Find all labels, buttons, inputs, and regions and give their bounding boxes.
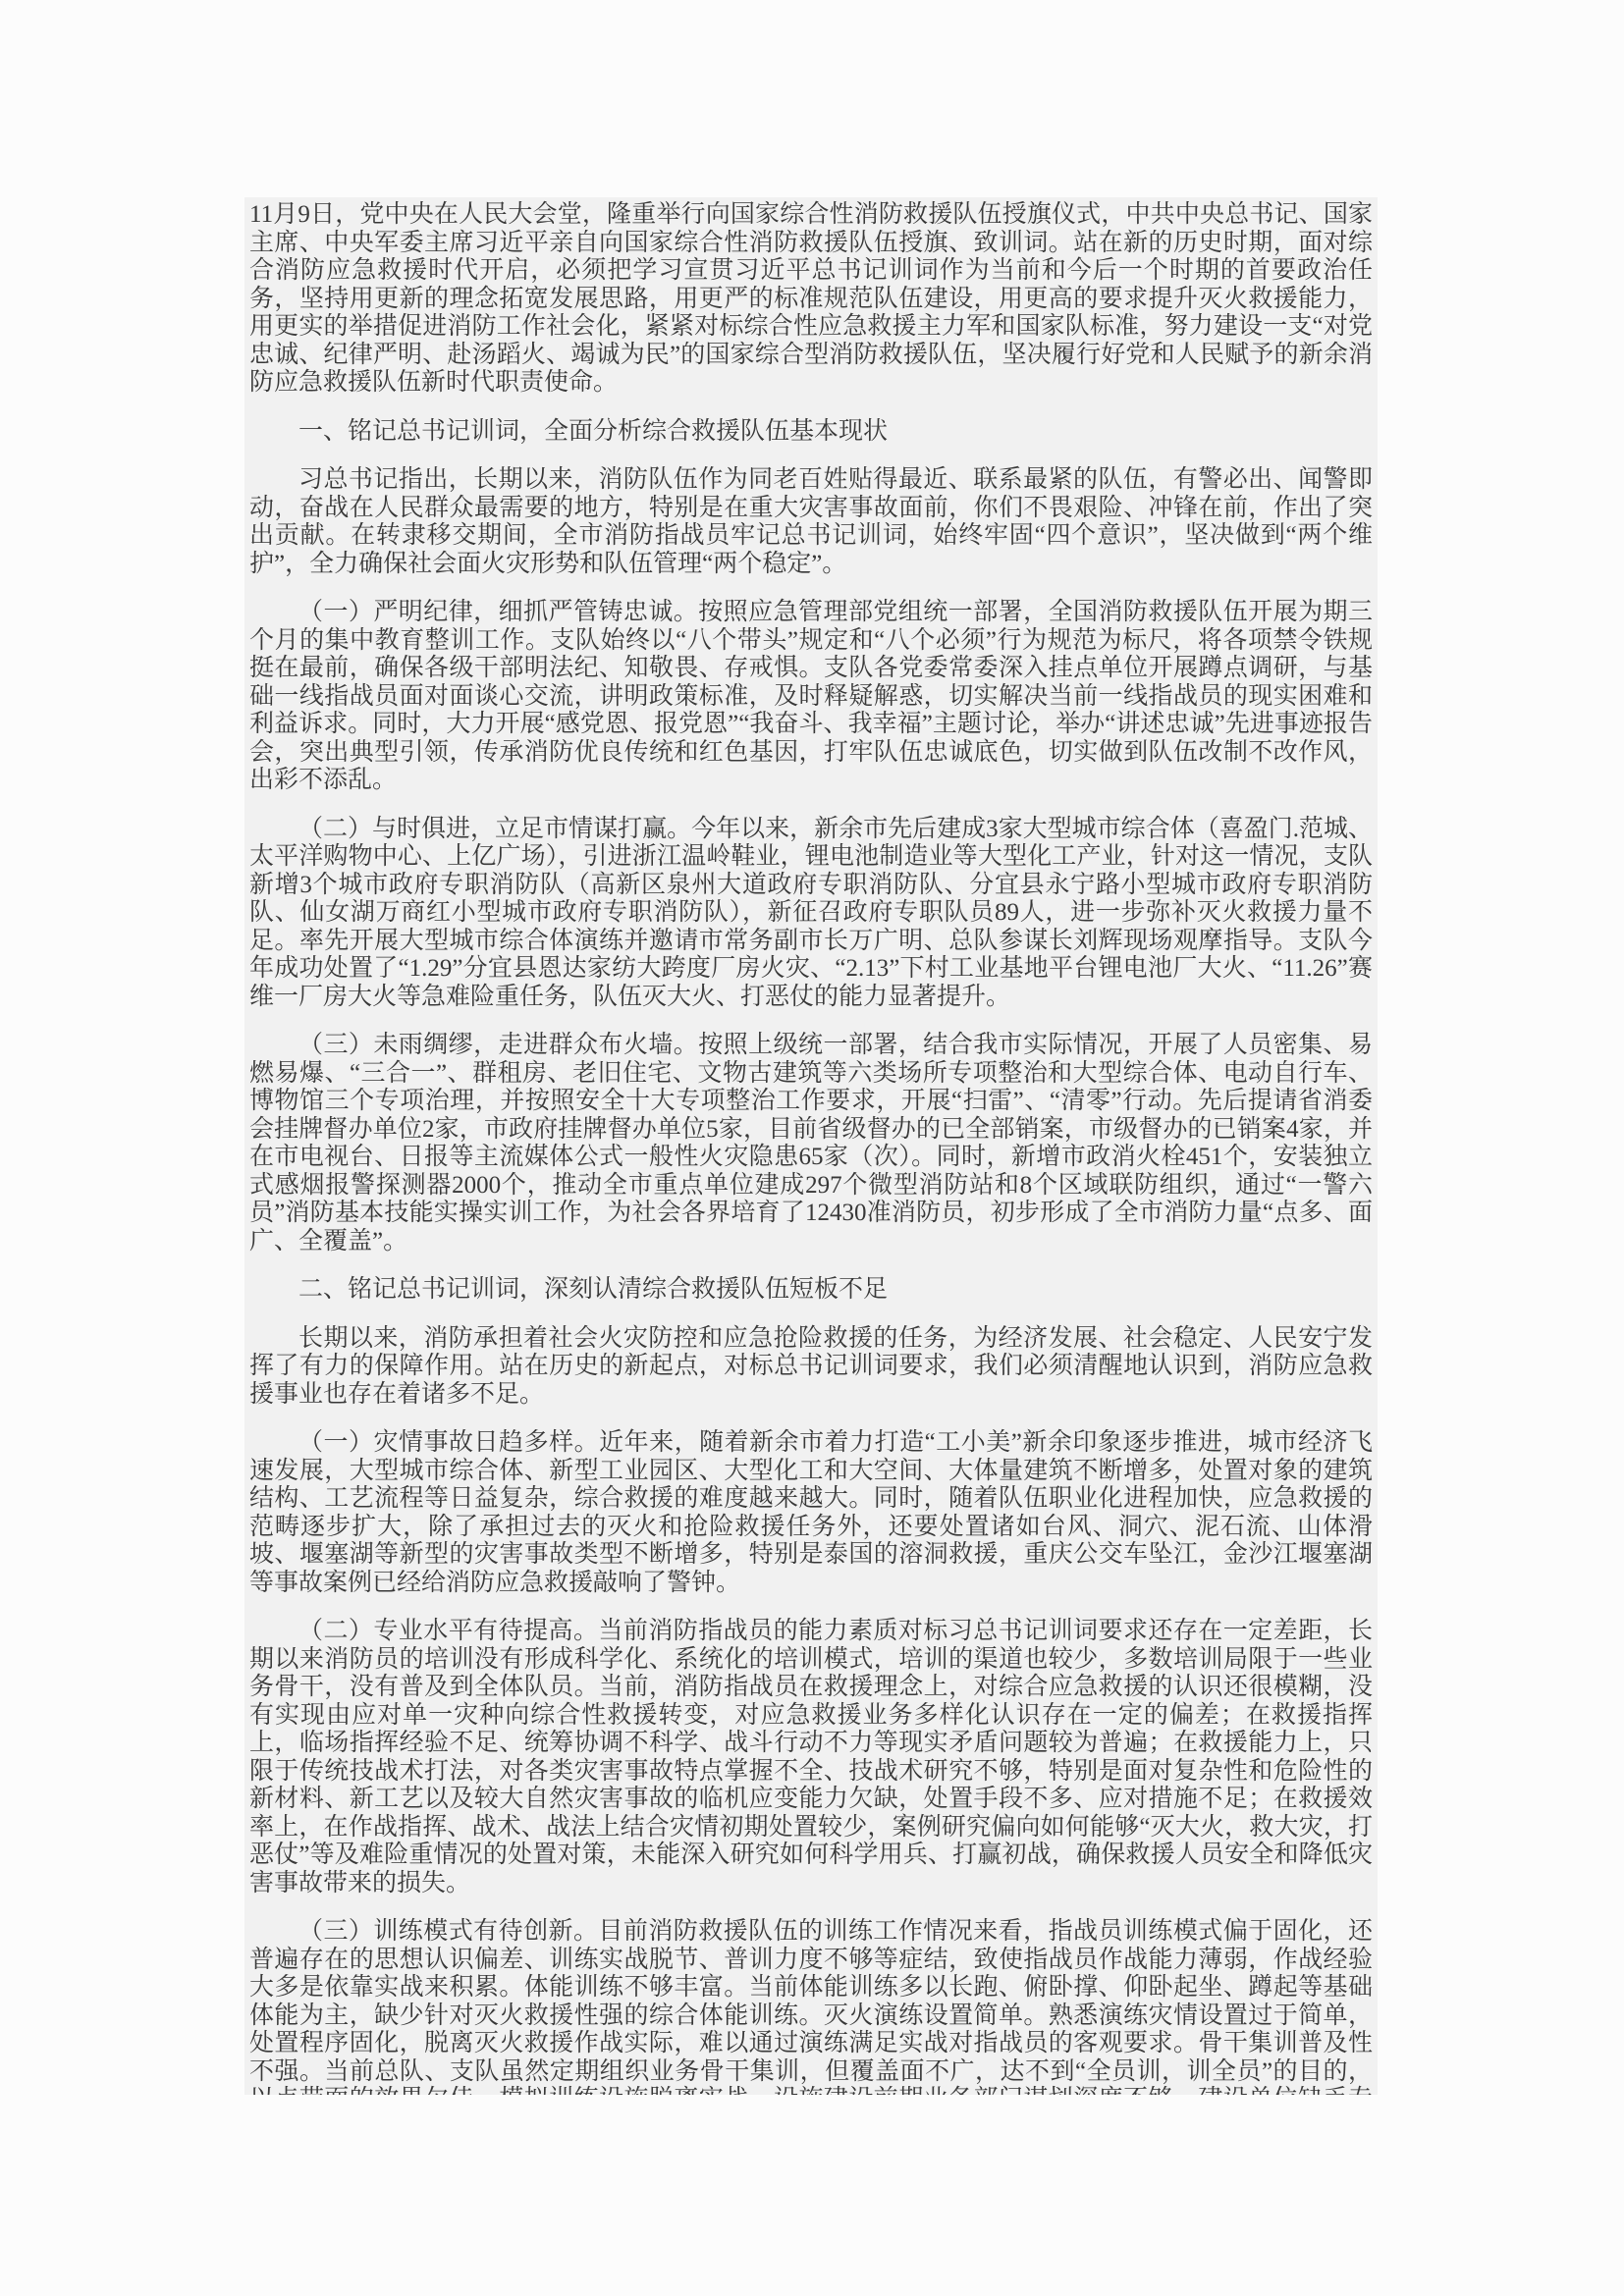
paragraph: （一）严明纪律，细抓严管铸忠诚。按照应急管理部党组统一部署，全国消防救援队伍开展… bbox=[249, 599, 1373, 795]
paragraph: 11月9日，党中央在人民大会堂，隆重举行向国家综合性消防救援队伍授旗仪式，中共中… bbox=[249, 201, 1373, 398]
document-body: 11月9日，党中央在人民大会堂，隆重举行向国家综合性消防救援队伍授旗仪式，中共中… bbox=[249, 201, 1373, 2095]
section-heading: 二、铭记总书记训词，深刻认清综合救援队伍短板不足 bbox=[249, 1276, 1373, 1305]
paragraph: （三）未雨绸缪，走进群众布火墙。按照上级统一部署，结合我市实际情况，开展了人员密… bbox=[249, 1032, 1373, 1255]
paragraph: （二）与时俱进，立足市情谋打赢。今年以来，新余市先后建成3家大型城市综合体（喜盈… bbox=[249, 816, 1373, 1012]
paragraph: 长期以来，消防承担着社会火灾防控和应急抢险救援的任务，为经济发展、社会稳定、人民… bbox=[249, 1325, 1373, 1410]
screenshot-canvas: { "page": { "canvas_background": "#fcfcf… bbox=[0, 0, 1624, 2296]
paragraph: （二）专业水平有待提高。当前消防指战员的能力素质对标习总书记训词要求还存在一定差… bbox=[249, 1618, 1373, 1897]
paragraph: （一）灾情事故日趋多样。近年来，随着新余市着力打造“工小美”新余印象逐步推进，城… bbox=[249, 1429, 1373, 1597]
paragraph: （三）训练模式有待创新。目前消防救援队伍的训练工作情况来看，指战员训练模式偏于固… bbox=[249, 1918, 1373, 2095]
document-page: 11月9日，党中央在人民大会堂，隆重举行向国家综合性消防救援队伍授旗仪式，中共中… bbox=[244, 197, 1378, 2095]
paragraph: 习总书记指出，长期以来，消防队伍作为同老百姓贴得最近、联系最紧的队伍，有警必出、… bbox=[249, 466, 1373, 578]
section-heading: 一、铭记总书记训词，全面分析综合救援队伍基本现状 bbox=[249, 418, 1373, 447]
